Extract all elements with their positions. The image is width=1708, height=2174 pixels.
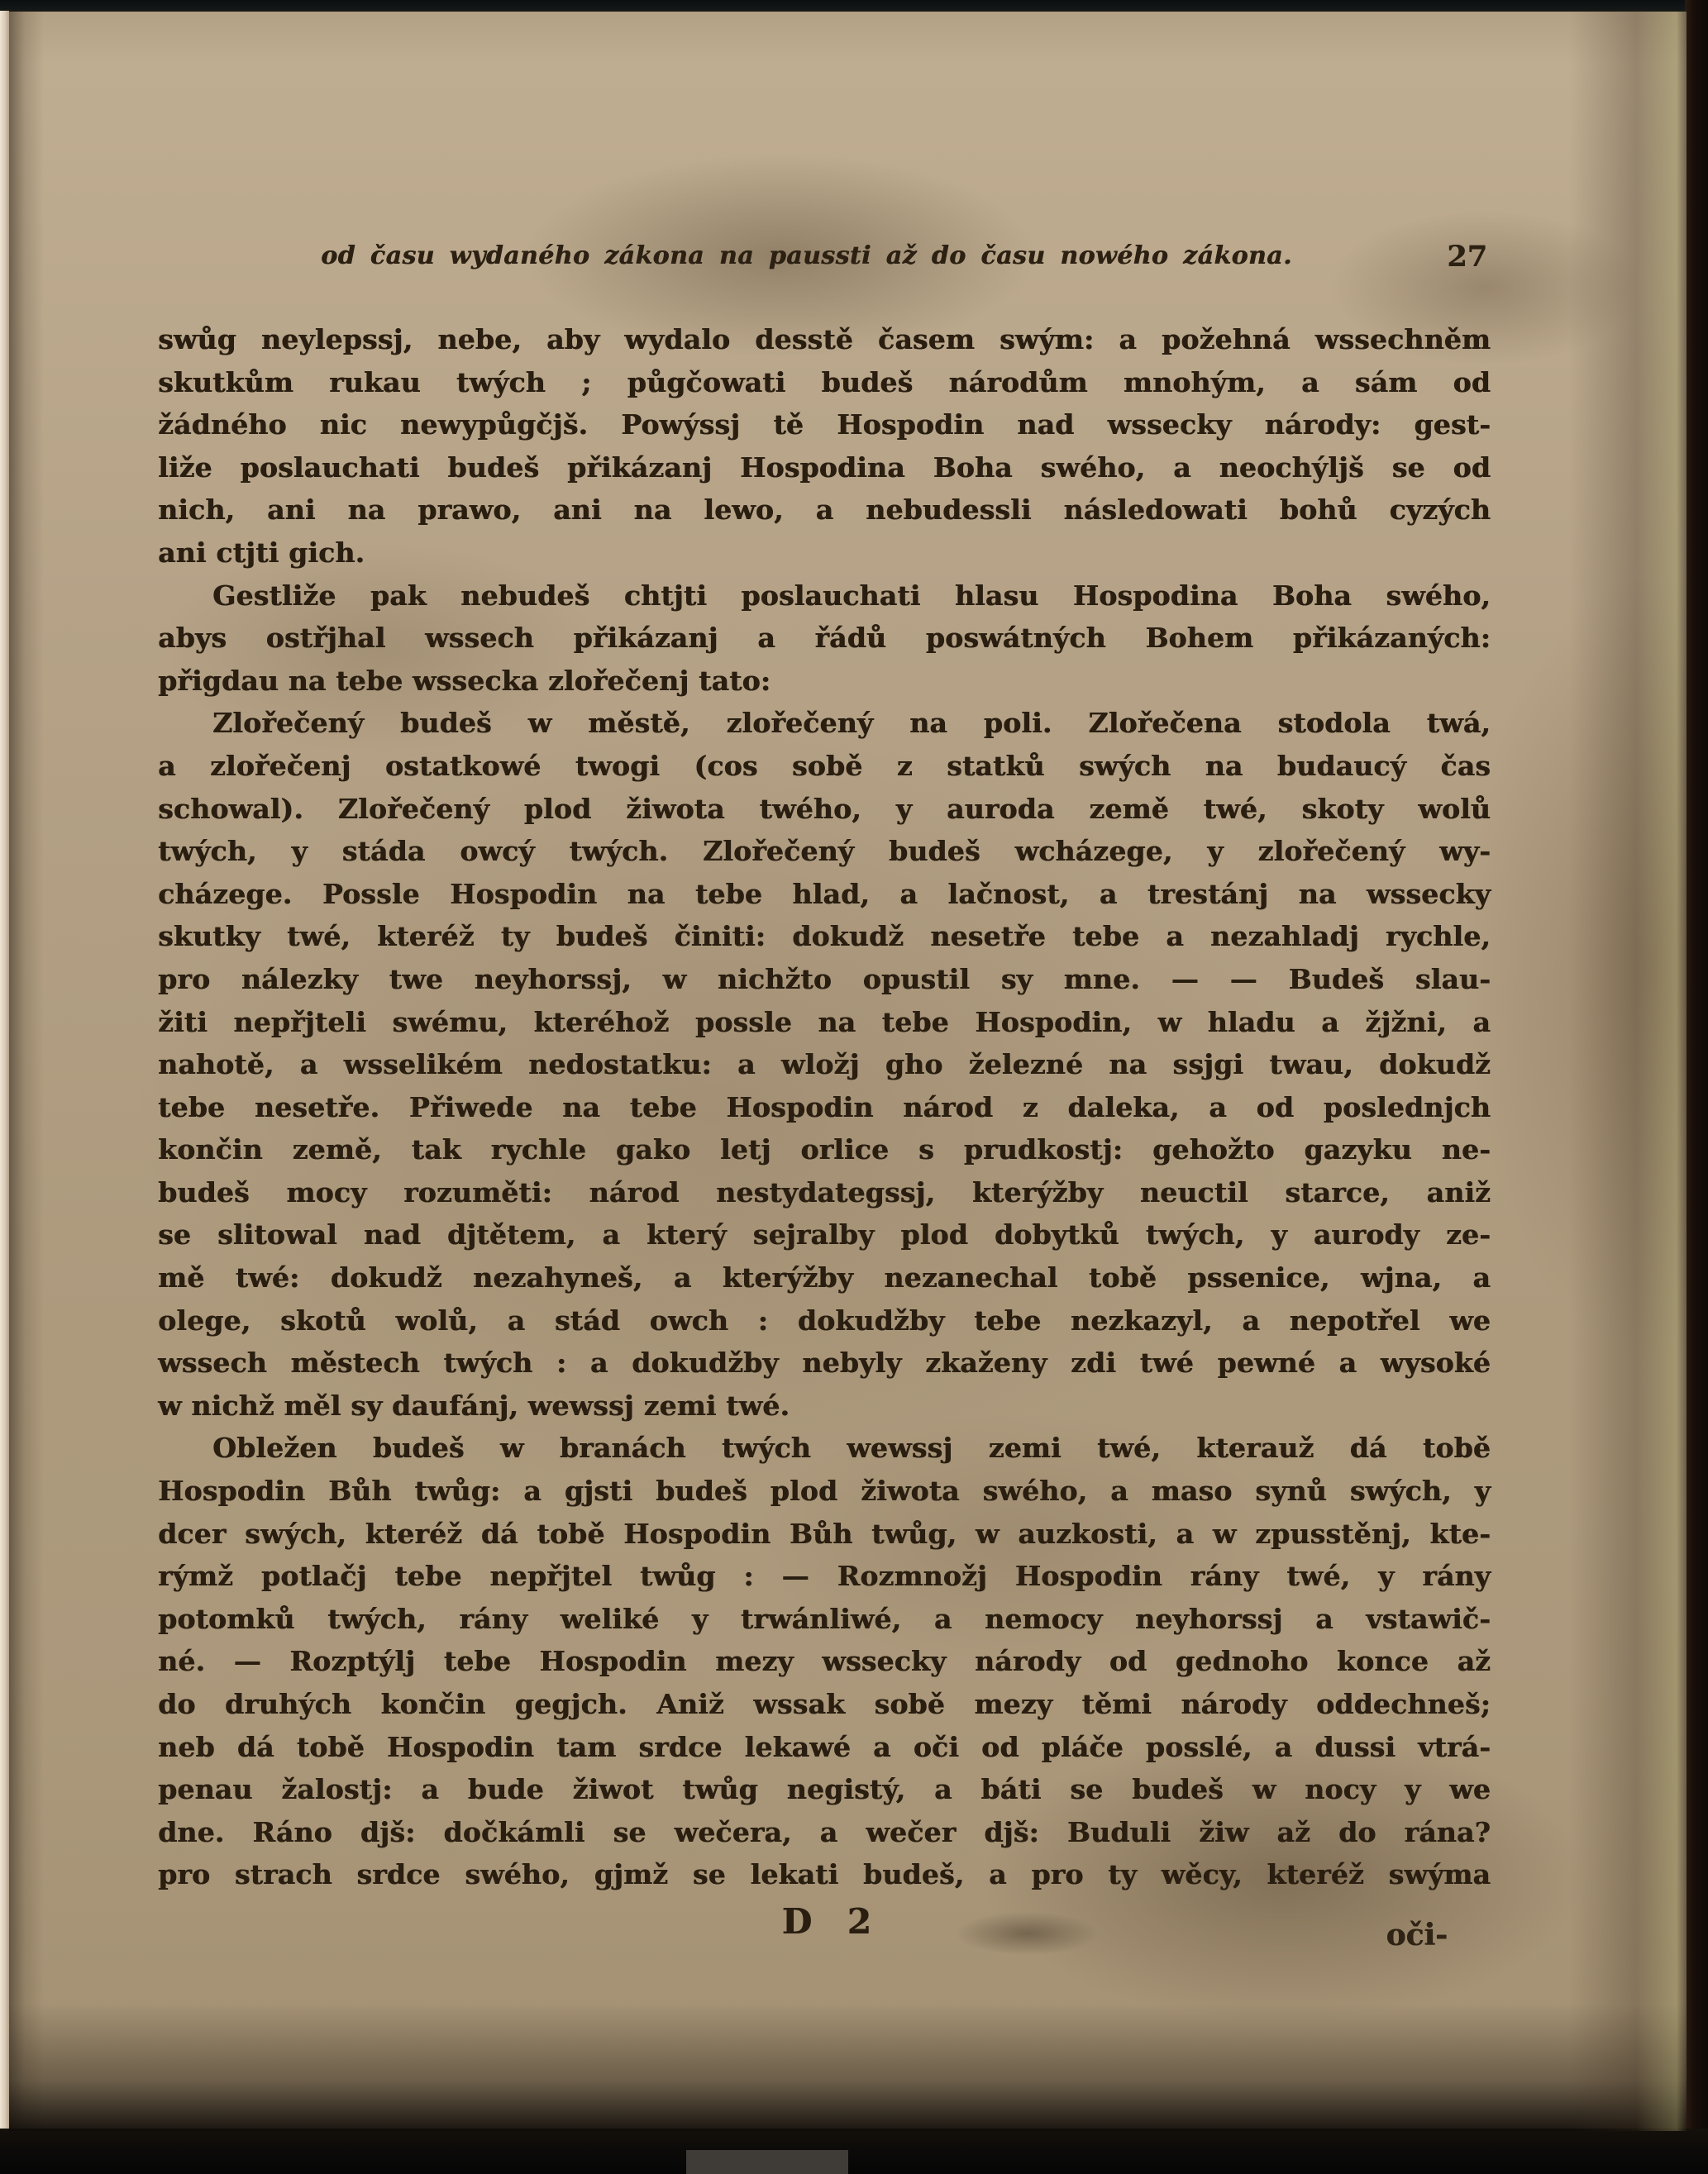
text-line: tebe nesetře. Přiwede na tebe Hospodin n… xyxy=(158,1086,1491,1129)
text-line: žádného nic newypůgčjš. Powýssj tě Hospo… xyxy=(158,403,1491,446)
text-line: schowal). Zlořečený plod žiwota twého, y… xyxy=(158,788,1491,831)
text-line: dcer swých, kteréž dá tobě Hospodin Bůh … xyxy=(158,1513,1491,1556)
text-line: skutkům rukau twých ; půgčowati budeš ná… xyxy=(158,361,1491,404)
text-line: do druhých končin gegjch. Aniž wssak sob… xyxy=(158,1683,1491,1726)
scan-edge-right xyxy=(1685,0,1708,2174)
body-text: swůg neylepssj, nebe, aby wydalo desstě … xyxy=(158,318,1491,1896)
scan-edge-bottom xyxy=(0,2129,1708,2174)
text-line: přigdau na tebe wssecka zlořečenj tato: xyxy=(158,660,1491,703)
text-line: olege, skotů wolů, a stád owch : dokudžb… xyxy=(158,1299,1491,1342)
text-line: né. — Rozptýlj tebe Hospodin mezy wsseck… xyxy=(158,1640,1491,1683)
text-line: Gestliže pak nebudeš chtjti poslauchati … xyxy=(158,574,1491,617)
text-line: w nichž měl sy daufánj, wewssj zemi twé. xyxy=(158,1385,1491,1428)
text-line: Zlořečený budeš w městě, zlořečený na po… xyxy=(158,702,1491,745)
text-line: budeš mocy rozuměti: národ nestydategssj… xyxy=(158,1171,1491,1214)
text-line: cházege. Possle Hospodin na tebe hlad, a… xyxy=(158,873,1491,916)
page-number: 27 xyxy=(1447,240,1487,274)
text-line: nahotě, a wsselikém nedostatku: a wložj … xyxy=(158,1043,1491,1086)
text-line: a zlořečenj ostatkowé twogi (cos sobě z … xyxy=(158,745,1491,788)
scanned-book-page: od času wydaného zákona na paussti až do… xyxy=(0,0,1708,2174)
text-line: Hospodin Bůh twůg: a gjsti budeš plod ži… xyxy=(158,1470,1491,1513)
text-line: twých, y stáda owcý twých. Zlořečený bud… xyxy=(158,830,1491,873)
scan-edge-left-sliver xyxy=(0,11,9,2174)
text-line: neb dá tobě Hospodin tam srdce lekawé a … xyxy=(158,1726,1491,1769)
page-paper: od času wydaného zákona na paussti až do… xyxy=(9,12,1687,2131)
text-line: se slitowal nad djtětem, a který sejralb… xyxy=(158,1213,1491,1256)
scan-edge-top xyxy=(0,0,1708,12)
text-line: Obležen budeš w branách twých wewssj zem… xyxy=(158,1427,1491,1470)
text-line: dne. Ráno djš: dočkámli se wečera, a weč… xyxy=(158,1811,1491,1854)
signature-mark: D 2 xyxy=(782,1901,883,1942)
text-line: nich, ani na prawo, ani na lewo, a nebud… xyxy=(158,489,1491,532)
text-line: potomků twých, rány weliké y trwánliwé, … xyxy=(158,1598,1491,1641)
text-line: liže poslauchati budeš přikázanj Hospodi… xyxy=(158,446,1491,489)
scan-bottom-notch xyxy=(686,2150,848,2174)
text-line: penau žalostj: a bude žiwot twůg negistý… xyxy=(158,1768,1491,1811)
text-line: mě twé: dokudž nezahyneš, a kterýžby nez… xyxy=(158,1256,1491,1299)
page-footer: D 2 oči- xyxy=(158,1898,1491,1981)
page-header: od času wydaného zákona na paussti až do… xyxy=(158,235,1494,284)
text-line: pro nálezky twe neyhorssj, w nichžto opu… xyxy=(158,958,1491,1001)
text-line: wssech městech twých : a dokudžby nebyly… xyxy=(158,1342,1491,1385)
text-line: končin země, tak rychle gako letj orlice… xyxy=(158,1128,1491,1171)
text-line: abys ostřjhal wssech přikázanj a řádů po… xyxy=(158,617,1491,660)
text-line: skutky twé, kteréž ty budeš činiti: doku… xyxy=(158,915,1491,958)
running-title: od času wydaného zákona na paussti až do… xyxy=(321,241,1292,270)
text-line: rýmž potlačj tebe nepřjtel twůg : — Rozm… xyxy=(158,1555,1491,1598)
catchword: oči- xyxy=(1386,1918,1448,1952)
text-line: swůg neylepssj, nebe, aby wydalo desstě … xyxy=(158,318,1491,361)
text-line: žiti nepřjteli swému, kteréhož possle na… xyxy=(158,1001,1491,1044)
text-line: ani ctjti gich. xyxy=(158,532,1491,574)
text-line: pro strach srdce swého, gjmž se lekati b… xyxy=(158,1853,1491,1896)
